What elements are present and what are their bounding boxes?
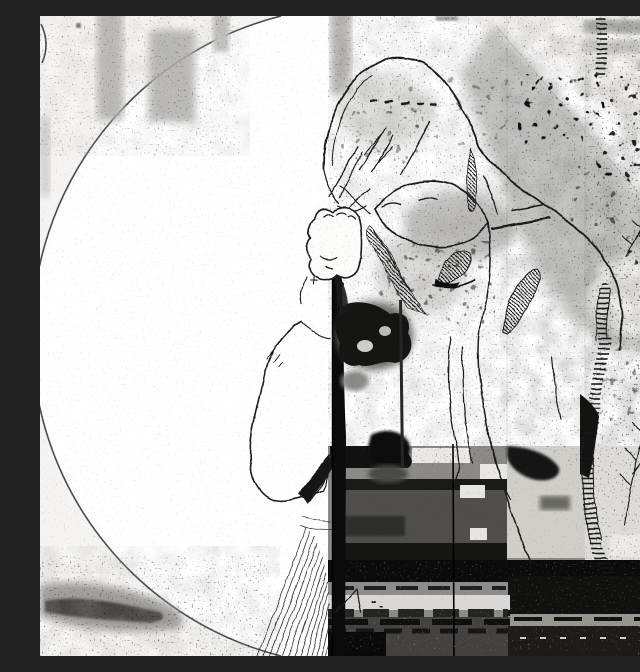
artwork-canvas [40,16,640,656]
artwork [40,16,640,656]
global-grain [40,16,640,656]
